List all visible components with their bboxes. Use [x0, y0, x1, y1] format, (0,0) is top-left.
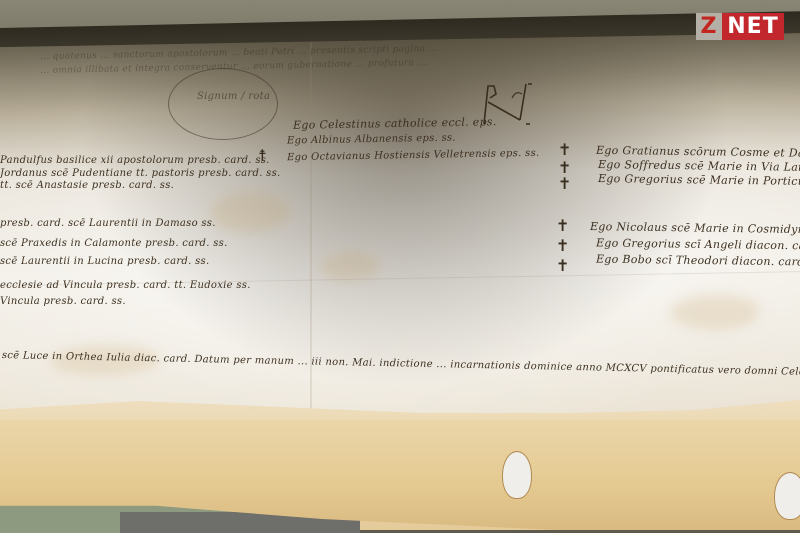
subscription-line: ecclesie ad Vincula presb. card. tt. Eud…	[0, 280, 251, 291]
logo-letter-z: Z	[696, 13, 722, 40]
subscription-line: presb. card. scē Laurentii in Damaso ss.	[0, 218, 216, 229]
subscription-line: tt. scē Anastasie presb. card. ss.	[0, 180, 174, 191]
subscription-line: Pandulfus basilice xii apostolorum presb…	[0, 155, 270, 166]
papal-rota: Signum / rota	[168, 68, 278, 140]
subscription-line: Vincula presb. card. ss.	[0, 296, 126, 307]
parchment-hole	[502, 451, 532, 499]
parchment-hole	[774, 472, 800, 520]
cross-icon: ✝	[558, 142, 571, 158]
cross-icon: ✝	[556, 218, 569, 234]
cross-icon: ✝	[558, 176, 571, 192]
subscription-line: scē Praxedis in Calamonte presb. card. s…	[0, 238, 228, 249]
cross-icon: ✝	[556, 258, 569, 274]
znet-watermark-logo: Z NET	[696, 13, 784, 40]
photo-scene: ... quatenus ... sanctorum apostolorum .…	[0, 0, 800, 533]
logo-letters-net: NET	[722, 13, 784, 40]
subscription-line: scē Laurentii in Lucina presb. card. ss.	[0, 256, 209, 267]
cross-icon: ✝	[556, 238, 569, 254]
subscription-line: Jordanus scē Pudentiane tt. pastoris pre…	[0, 168, 281, 179]
